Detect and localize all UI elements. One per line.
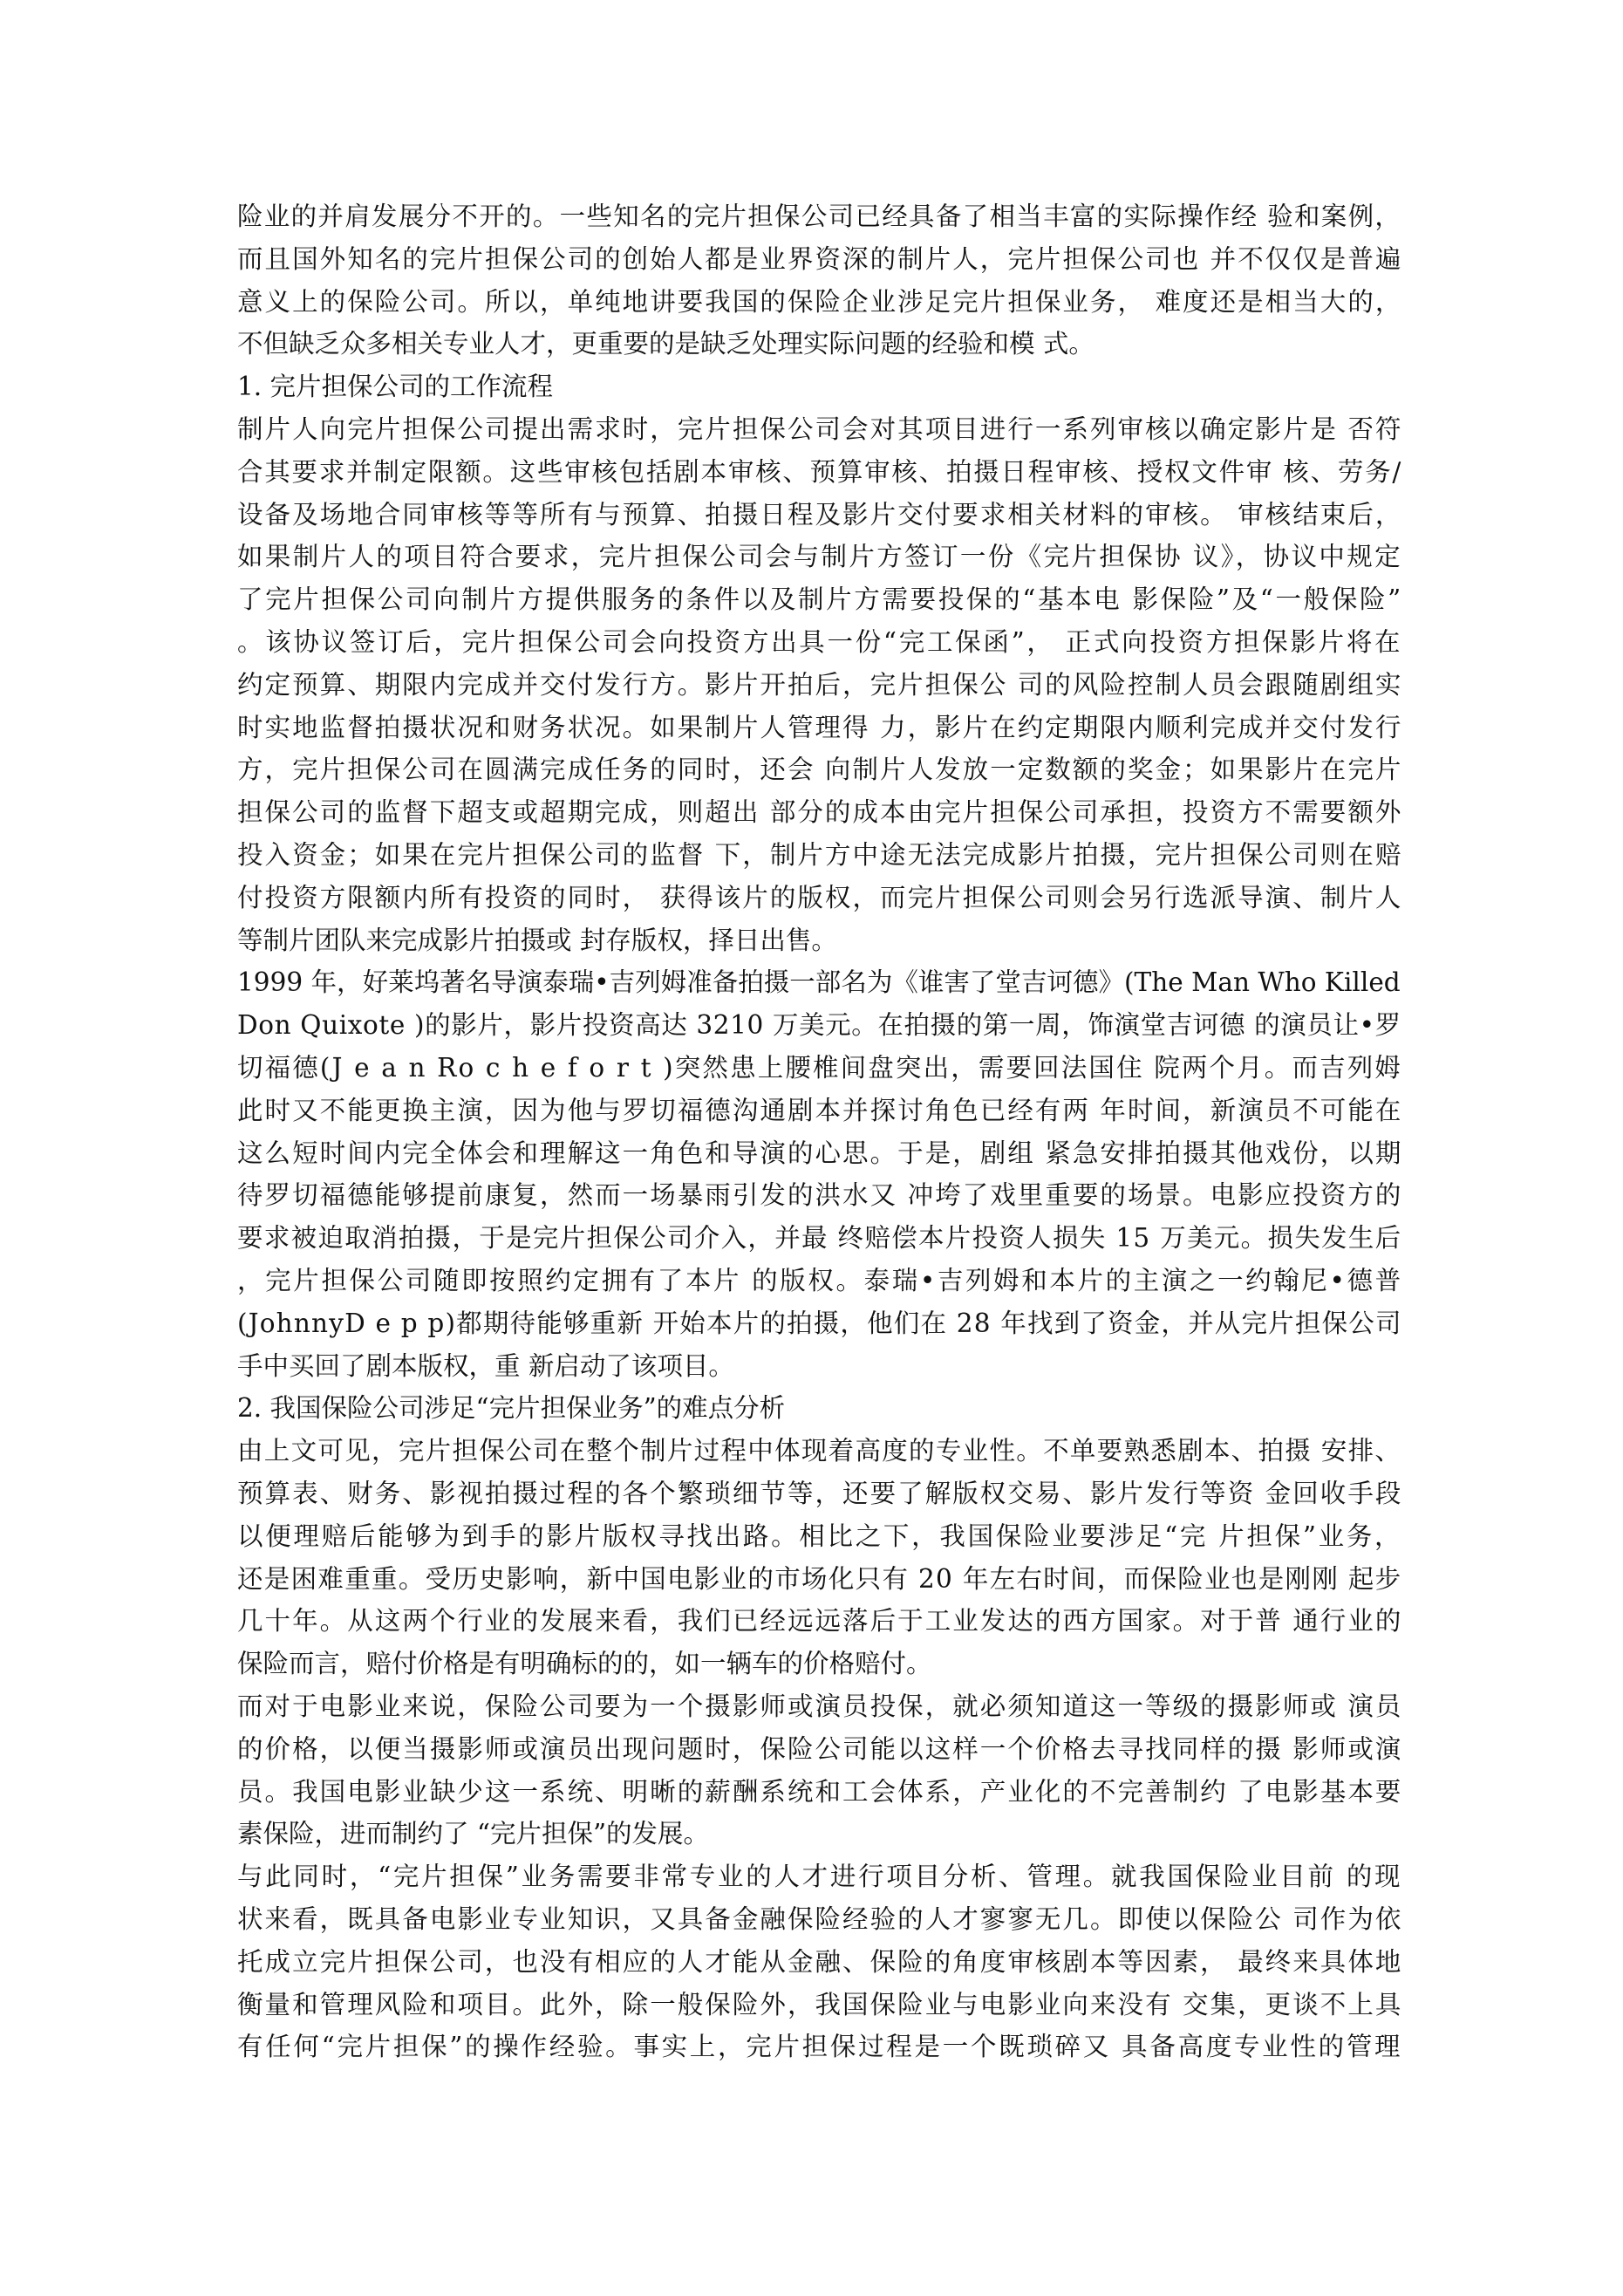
text-line: 要求被迫取消拍摄，于是完片担保公司介入，并最 终赔偿本片投资人损失 15 万美元… xyxy=(237,1217,1401,1260)
text-line: 意义上的保险公司。所以，单纯地讲要我国的保险企业涉足完片担保业务， 难度还是相当… xyxy=(237,281,1401,324)
text-line: 不但缺乏众多相关专业人才，更重要的是缺乏处理实际问题的经验和模 式。 xyxy=(237,323,1401,366)
text-line: 1. 完片担保公司的工作流程 xyxy=(237,366,1401,408)
text-line: 时实地监督拍摄状况和财务状况。如果制片人管理得 力，影片在约定期限内顺利完成并交… xyxy=(237,707,1401,749)
text-line: 约定预算、期限内完成并交付发行方。影片开拍后，完片担保公 司的风险控制人员会跟随… xyxy=(237,664,1401,707)
text-line: 状来看，既具备电影业专业知识，又具备金融保险经验的人才寥寥无几。即使以保险公 司… xyxy=(237,1898,1401,1941)
text-line: 等制片团队来完成影片拍摄或 封存版权，择日出售。 xyxy=(237,919,1401,962)
text-line: 1999 年，好莱坞著名导演泰瑞•吉列姆准备拍摄一部名为《谁害了堂吉诃德》(Th… xyxy=(237,961,1401,1004)
text-line: 托成立完片担保公司，也没有相应的人才能从金融、保险的角度审核剧本等因素， 最终来… xyxy=(237,1941,1401,1984)
text-line: 担保公司的监督下超支或超期完成，则超出 部分的成本由完片担保公司承担，投资方不需… xyxy=(237,791,1401,834)
text-line: 素保险，进而制约了 “完片担保”的发展。 xyxy=(237,1813,1401,1855)
text-line: 手中买回了剧本版权，重 新启动了该项目。 xyxy=(237,1345,1401,1388)
text-line: 的价格，以便当摄影师或演员出现问题时，保险公司能以这样一个价格去寻找同样的摄 影… xyxy=(237,1728,1401,1771)
text-line: 这么短时间内完全体会和理解这一角色和导演的心思。于是，剧组 紧急安排拍摄其他戏份… xyxy=(237,1132,1401,1175)
text-line: 设备及场地合同审核等等所有与预算、拍摄日程及影片交付要求相关材料的审核。 审核结… xyxy=(237,494,1401,536)
text-line: 投入资金；如果在完片担保公司的监督 下，制片方中途无法完成影片拍摄，完片担保公司… xyxy=(237,834,1401,877)
text-line: (JohnnyD e p p)都期待能够重新 开始本片的拍摄，他们在 28 年找… xyxy=(237,1302,1401,1345)
text-line: 而对于电影业来说，保险公司要为一个摄影师或演员投保，就必须知道这一等级的摄影师或… xyxy=(237,1685,1401,1728)
text-line: 切福德(J e a n Ro c h e f o r t )突然患上腰椎间盘突出… xyxy=(237,1047,1401,1090)
text-line: 预算表、财务、影视拍摄过程的各个繁琐细节等，还要了解版权交易、影片发行等资 金回… xyxy=(237,1473,1401,1515)
text-line: 与此同时，“完片担保”业务需要非常专业的人才进行项目分析、管理。就我国保险业目前… xyxy=(237,1855,1401,1898)
text-line: 制片人向完片担保公司提出需求时，完片担保公司会对其项目进行一系列审核以确定影片是… xyxy=(237,408,1401,451)
text-line: Don Quixote )的影片，影片投资高达 3210 万美元。在拍摄的第一周… xyxy=(237,1004,1401,1047)
text-line: 几十年。从这两个行业的发展来看，我们已经远远落后于工业发达的西方国家。对于普 通… xyxy=(237,1600,1401,1643)
text-line: 2. 我国保险公司涉足“完片担保业务”的难点分析 xyxy=(237,1387,1401,1430)
text-line: 待罗切福德能够提前康复，然而一场暴雨引发的洪水又 冲垮了戏里重要的场景。电影应投… xyxy=(237,1174,1401,1217)
text-line: 合其要求并制定限额。这些审核包括剧本审核、预算审核、拍摄日程审核、授权文件审 核… xyxy=(237,451,1401,494)
text-line: 险业的并肩发展分不开的。一些知名的完片担保公司已经具备了相当丰富的实际操作经 验… xyxy=(237,195,1401,238)
text-line: 此时又不能更换主演，因为他与罗切福德沟通剧本并探讨角色已经有两 年时间，新演员不… xyxy=(237,1090,1401,1132)
text-line: 。该协议签订后，完片担保公司会向投资方出具一份“完工保函”， 正式向投资方担保影… xyxy=(237,621,1401,664)
text-line: 如果制片人的项目符合要求，完片担保公司会与制片方签订一份《完片担保协 议》，协议… xyxy=(237,536,1401,578)
text-line: 员。我国电影业缺少这一系统、明晰的薪酬系统和工会体系，产业化的不完善制约 了电影… xyxy=(237,1771,1401,1814)
text-line: 由上文可见，完片担保公司在整个制片过程中体现着高度的专业性。不单要熟悉剧本、拍摄… xyxy=(237,1430,1401,1473)
text-line: 了完片担保公司向制片方提供服务的条件以及制片方需要投保的“基本电 影保险”及“一… xyxy=(237,578,1401,621)
text-line: 有任何“完片担保”的操作经验。事实上，完片担保过程是一个既琐碎又 具备高度专业性… xyxy=(237,2026,1401,2068)
text-line: 而且国外知名的完片担保公司的创始人都是业界资深的制片人，完片担保公司也 并不仅仅… xyxy=(237,238,1401,281)
text-line: 保险而言，赔付价格是有明确标的的，如一辆车的价格赔付。 xyxy=(237,1643,1401,1685)
text-line: 方，完片担保公司在圆满完成任务的同时，还会 向制片人发放一定数额的奖金；如果影片… xyxy=(237,748,1401,791)
text-line: 衡量和管理风险和项目。此外，除一般保险外，我国保险业与电影业向来没有 交集，更谈… xyxy=(237,1984,1401,2026)
document-page: 险业的并肩发展分不开的。一些知名的完片担保公司已经具备了相当丰富的实际操作经 验… xyxy=(0,0,1623,2296)
text-line: 还是困难重重。受历史影响，新中国电影业的市场化只有 20 年左右时间，而保险业也… xyxy=(237,1558,1401,1601)
text-line: 付投资方限额内所有投资的同时， 获得该片的版权，而完片担保公司则会另行选派导演、… xyxy=(237,877,1401,919)
text-line: ，完片担保公司随即按照约定拥有了本片 的版权。泰瑞•吉列姆和本片的主演之一约翰尼… xyxy=(237,1260,1401,1302)
text-line: 以便理赔后能够为到手的影片版权寻找出路。相比之下，我国保险业要涉足“完 片担保”… xyxy=(237,1515,1401,1558)
